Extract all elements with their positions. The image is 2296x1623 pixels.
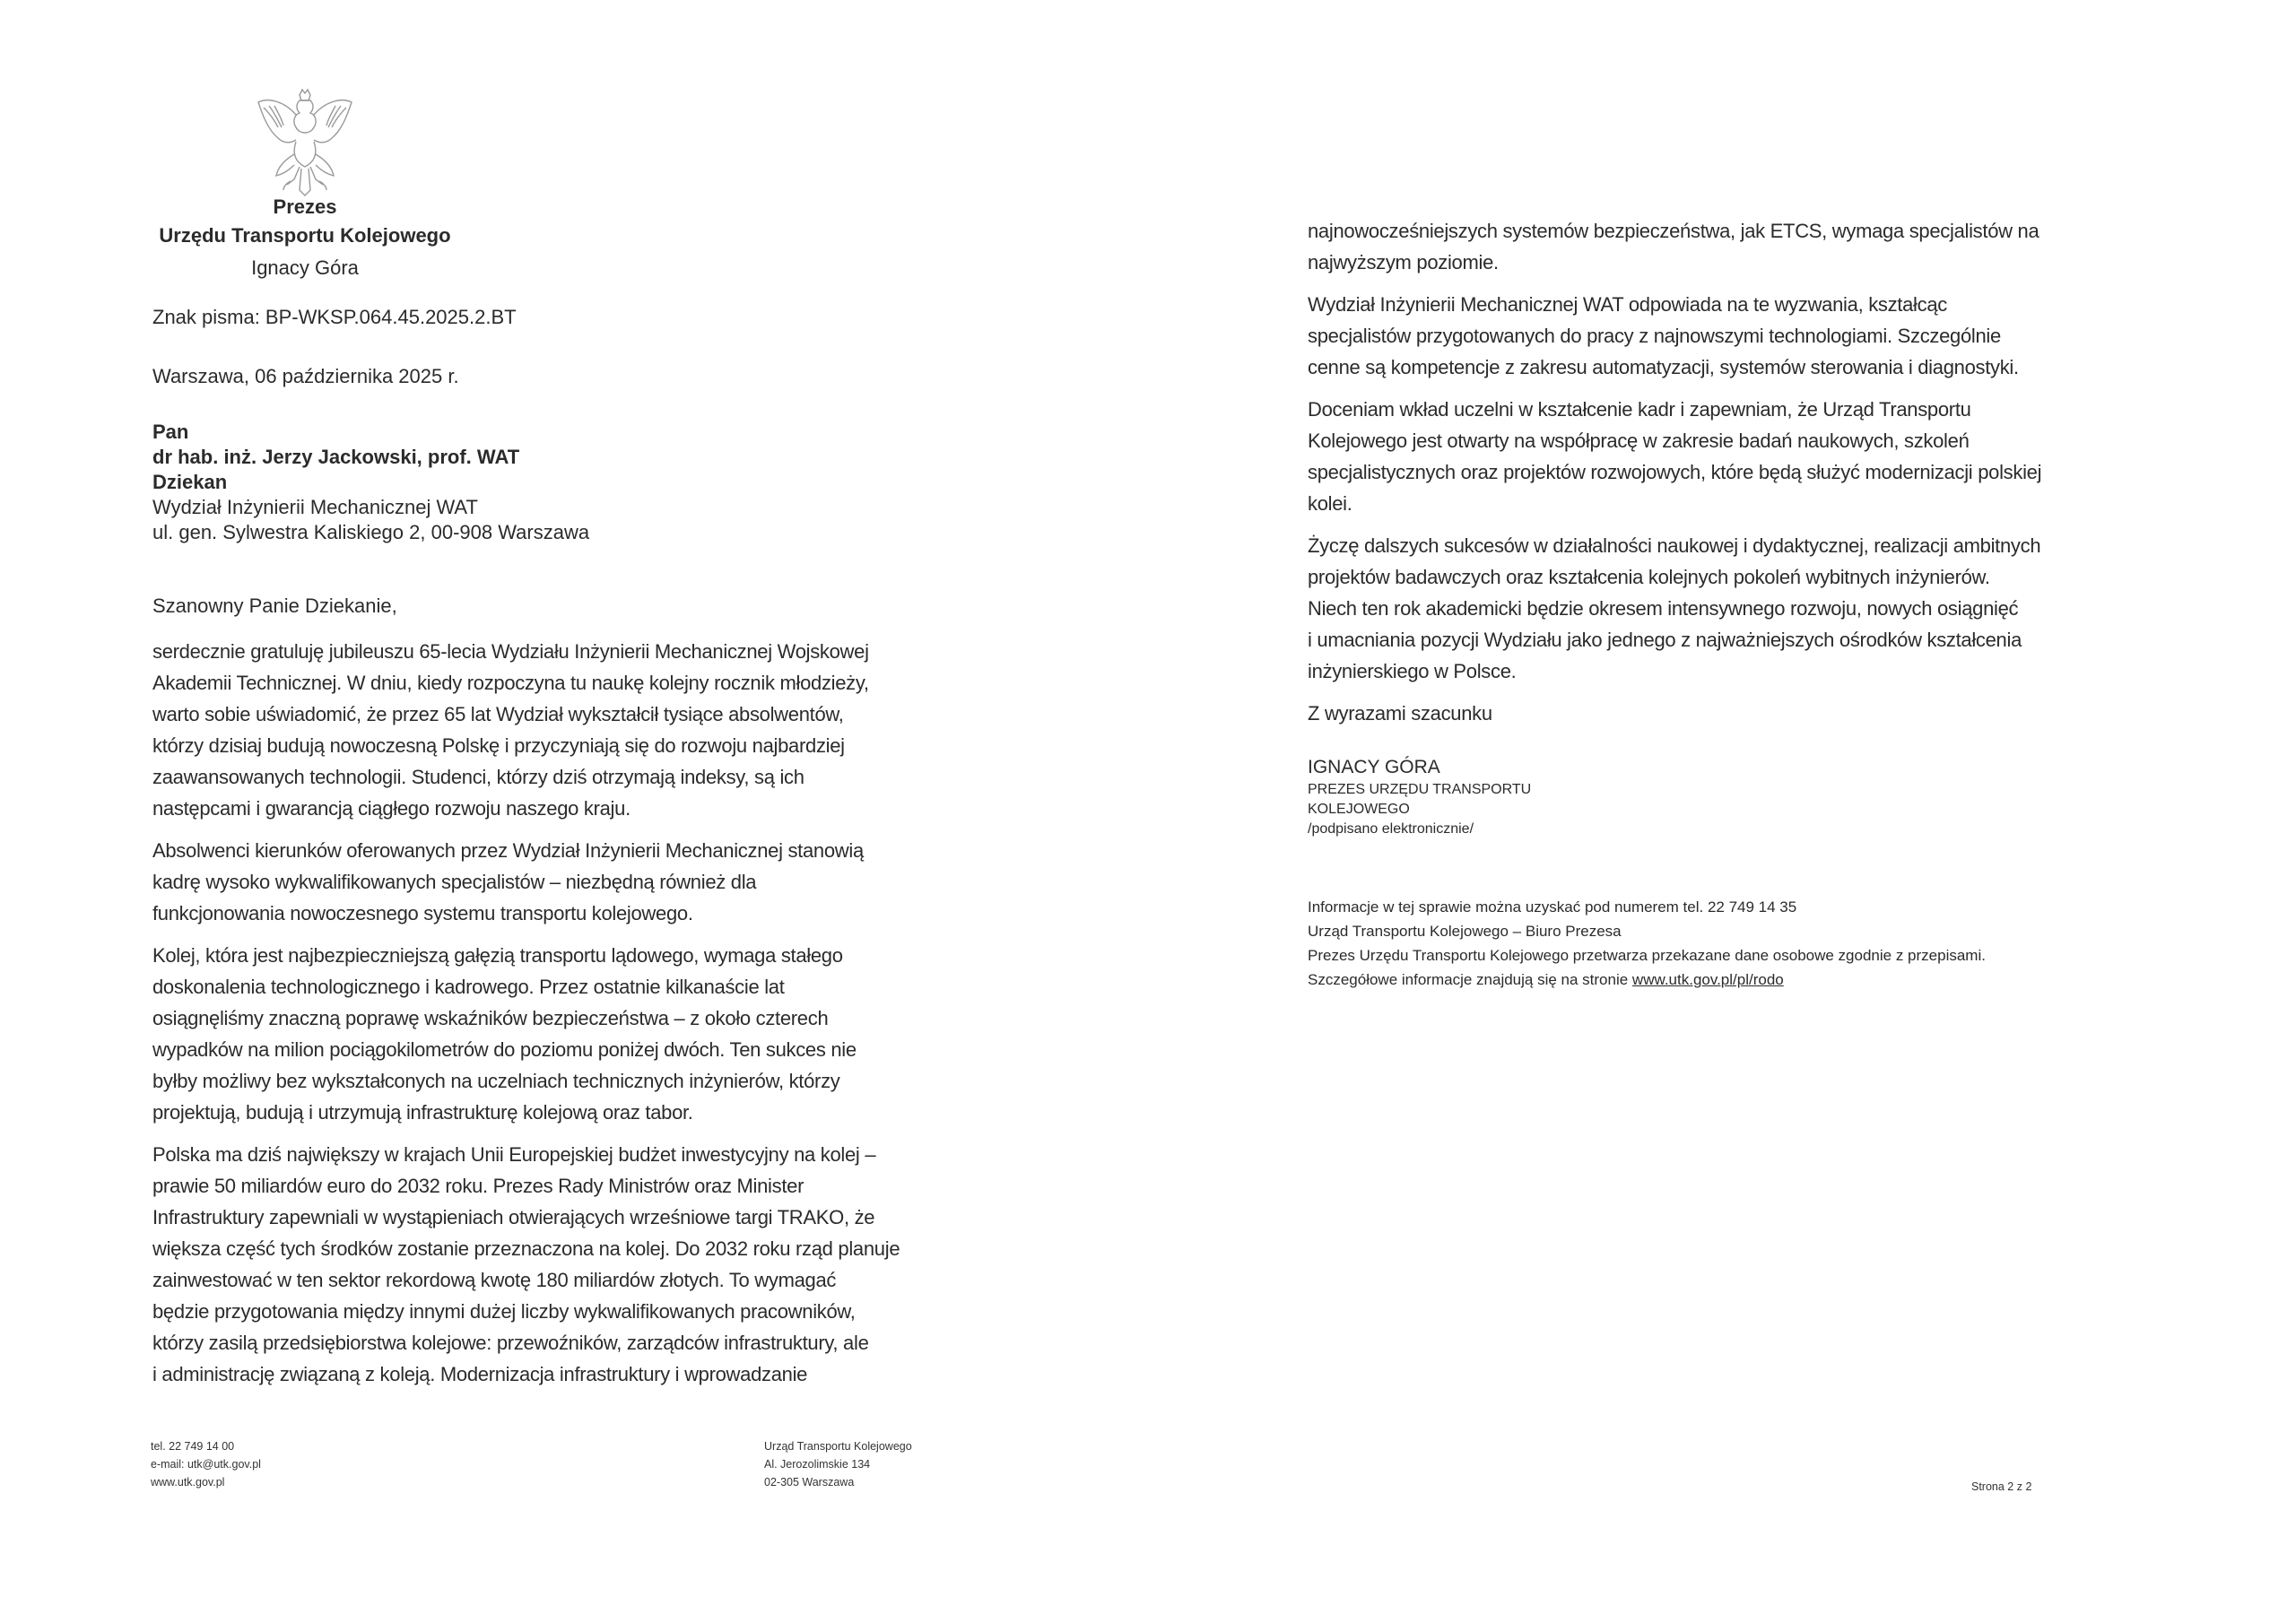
recipient-name: dr hab. inż. Jerzy Jackowski, prof. WAT (152, 445, 960, 470)
footer-phone: tel. 22 749 14 00 (151, 1437, 261, 1455)
signature-note: /podpisano elektronicznie/ (1308, 820, 2151, 839)
body-paragraph: serdecznie gratuluję jubileuszu 65-lecia… (152, 636, 960, 824)
signature-name: IGNACY GÓRA (1308, 755, 2151, 780)
footer-city: 02-305 Warszawa (764, 1473, 912, 1491)
rodo-link[interactable]: www.utk.gov.pl/pl/rodo (1632, 971, 1784, 988)
body-paragraph: Absolwenci kierunków oferowanych przez W… (152, 835, 960, 929)
recipient-address: ul. gen. Sylwestra Kaliskiego 2, 00-908 … (152, 520, 960, 545)
page-number: Strona 2 z 2 (1971, 1478, 2031, 1496)
footer-email: e-mail: utk@utk.gov.pl (151, 1455, 261, 1473)
footer-org: Urząd Transportu Kolejowego (764, 1437, 912, 1455)
body-paragraph: Doceniam wkład uczelni w kształcenie kad… (1308, 394, 2151, 519)
footer-address: Urząd Transportu Kolejowego Al. Jerozoli… (764, 1437, 912, 1491)
body-paragraph: Wydział Inżynierii Mechanicznej WAT odpo… (1308, 289, 2151, 383)
header-title-line2: Urzędu Transportu Kolejowego (126, 224, 484, 247)
closing: Z wyrazami szacunku (1308, 698, 2151, 729)
signature-title-line2: KOLEJOWEGO (1308, 800, 2151, 820)
info-line: Informacje w tej sprawie można uzyskać p… (1308, 895, 2151, 919)
body-paragraph: najnowocześniejszych systemów bezpieczeń… (1308, 215, 2151, 278)
recipient-faculty: Wydział Inżynierii Mechanicznej WAT (152, 495, 960, 520)
recipient-block: Pan dr hab. inż. Jerzy Jackowski, prof. … (152, 420, 960, 545)
info-block: Informacje w tej sprawie można uzyskać p… (1308, 895, 2151, 992)
place-date: Warszawa, 06 października 2025 r. (152, 364, 960, 389)
letter-body-right: najnowocześniejszych systemów bezpieczeń… (1308, 215, 2151, 740)
body-paragraph: Życzę dalszych sukcesów w działalności n… (1308, 530, 2151, 687)
header-name: Ignacy Góra (126, 256, 484, 280)
letter-body-left: serdecznie gratuluję jubileuszu 65-lecia… (152, 636, 960, 1401)
footer-contact: tel. 22 749 14 00 e-mail: utk@utk.gov.pl… (151, 1437, 261, 1491)
info-line: Urząd Transportu Kolejowego – Biuro Prez… (1308, 919, 2151, 943)
footer-website: www.utk.gov.pl (151, 1473, 261, 1491)
polish-eagle-emblem-icon (255, 88, 355, 197)
body-paragraph: Kolej, która jest najbezpieczniejszą gał… (152, 940, 960, 1128)
recipient-salutation: Pan (152, 420, 960, 445)
info-line4-prefix: Szczegółowe informacje znajdują się na s… (1308, 971, 1632, 988)
signature-title-line1: PREZES URZĘDU TRANSPORTU (1308, 780, 2151, 800)
footer-street: Al. Jerozolimskie 134 (764, 1455, 912, 1473)
recipient-position: Dziekan (152, 470, 960, 495)
body-paragraph: Polska ma dziś największy w krajach Unii… (152, 1139, 960, 1390)
reference-number: Znak pisma: BP-WKSP.064.45.2025.2.BT (152, 305, 960, 330)
header-title-line1: Prezes (126, 195, 484, 219)
greeting: Szanowny Panie Dziekanie, (152, 594, 960, 619)
info-line: Szczegółowe informacje znajdują się na s… (1308, 968, 2151, 992)
info-line: Prezes Urzędu Transportu Kolejowego prze… (1308, 943, 2151, 968)
signature-block: IGNACY GÓRA PREZES URZĘDU TRANSPORTU KOL… (1308, 755, 2151, 839)
